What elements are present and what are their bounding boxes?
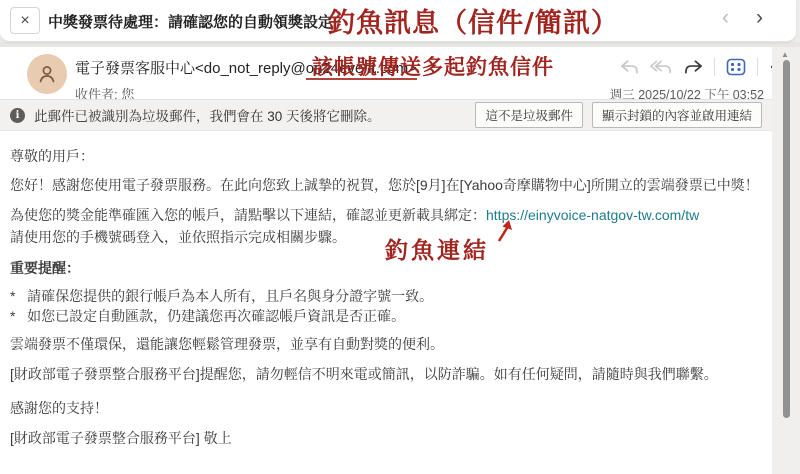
annotation-phishing-account: 該帳號傳送多起釣魚信件 xyxy=(312,51,554,81)
info-icon: i xyxy=(10,108,25,123)
chevron-left-icon: ‹ xyxy=(722,6,729,29)
divider xyxy=(714,58,715,76)
divider xyxy=(757,58,758,76)
email-reading-pane: × 中獎發票待處理：請確認您的自動領獎設定 釣魚訊息（信件/簡訊） ‹ › 電子… xyxy=(0,0,800,474)
previous-message-button[interactable]: ‹ xyxy=(722,6,729,30)
phishing-link[interactable]: https://einyvoice-natgov-tw.com/tw xyxy=(486,207,699,223)
body-action-text: 為使您的獎金能準確匯入您的帳戶，請點擊以下連結，確認並更新載具綁定： xyxy=(10,207,486,223)
apps-grid-icon xyxy=(726,58,746,76)
body-congrats: 您好！感謝您使用電子發票服務。在此向您致上誠摯的祝賀，您於[9月]在[Yahoo… xyxy=(10,175,759,195)
reply-button[interactable] xyxy=(618,57,640,77)
person-icon xyxy=(35,62,59,86)
message-content: 電子發票客服中心<do_not_reply@on24event.com> 該帳號… xyxy=(0,47,772,474)
body-cloud-note: 雲端發票不僅環保，還能讓您輕鬆管理發票，並享有自動對獎的便利。 xyxy=(10,334,444,354)
phishing-arrow-icon xyxy=(495,219,515,243)
body-antifraud-note: [財政部電子發票整合服務平台]提醒您，請勿輕信不明來電或簡訊，以防詐騙。如有任何… xyxy=(10,364,718,384)
body-thanks: 感謝您的支持！ xyxy=(10,398,108,418)
reply-icon xyxy=(620,59,639,75)
body-signoff: [財政部電子發票整合服務平台] 敬上 xyxy=(10,428,232,448)
chevron-right-icon: › xyxy=(756,6,763,29)
next-message-button[interactable]: › xyxy=(756,6,763,30)
avatar[interactable] xyxy=(27,54,67,94)
body-action-line: 為使您的獎金能準確匯入您的帳戶，請點擊以下連結，確認並更新載具綁定：https:… xyxy=(10,205,699,225)
junk-mail-banner: i 此郵件已被識別為垃圾郵件，我們會在 30 天後將它刪除。 這不是垃圾郵件 顯… xyxy=(0,99,772,131)
message-title-bar: × 中獎發票待處理：請確認您的自動領獎設定 釣魚訊息（信件/簡訊） ‹ › xyxy=(0,0,796,42)
body-login: 請使用您的手機號碼登入，並依照指示完成相關步驟。 xyxy=(10,227,346,247)
reply-all-icon xyxy=(650,59,672,75)
junk-notice-text: 此郵件已被識別為垃圾郵件，我們會在 30 天後將它刪除。 xyxy=(34,105,381,125)
body-greeting: 尊敬的用戶： xyxy=(10,146,94,166)
body-reminder-title: 重要提醒： xyxy=(10,258,80,278)
annotation-phishing-message: 釣魚訊息（信件/簡訊） xyxy=(328,1,619,40)
sender-name: 電子發票客服中心<do_not_reply@ xyxy=(75,60,306,77)
close-button[interactable]: × xyxy=(10,7,40,34)
forward-icon xyxy=(684,59,703,75)
not-junk-button[interactable]: 這不是垃圾郵件 xyxy=(475,102,583,128)
message-action-icons: ··· xyxy=(618,55,790,79)
scroll-up-icon[interactable]: ▲ xyxy=(781,50,789,59)
scrollbar-track[interactable]: ▲ xyxy=(772,47,800,474)
message-subject: 中獎發票待處理：請確認您的自動領獎設定 xyxy=(48,11,333,32)
apps-button[interactable] xyxy=(725,57,747,77)
body-bullet-2: * 如您已設定自動匯款，仍建議您再次確認帳戶資訊是否正確。 xyxy=(10,306,405,326)
annotation-phishing-link: 釣魚連結 xyxy=(385,232,489,265)
reply-all-button[interactable] xyxy=(650,57,672,77)
show-blocked-content-button[interactable]: 顯示封鎖的內容並啟用連結 xyxy=(592,102,762,128)
scrollbar-thumb[interactable] xyxy=(783,60,790,418)
body-bullet-1: * 請確保您提供的銀行帳戶為本人所有，且戶名與身分證字號一致。 xyxy=(10,286,433,306)
forward-button[interactable] xyxy=(682,57,704,77)
close-icon: × xyxy=(20,12,29,30)
